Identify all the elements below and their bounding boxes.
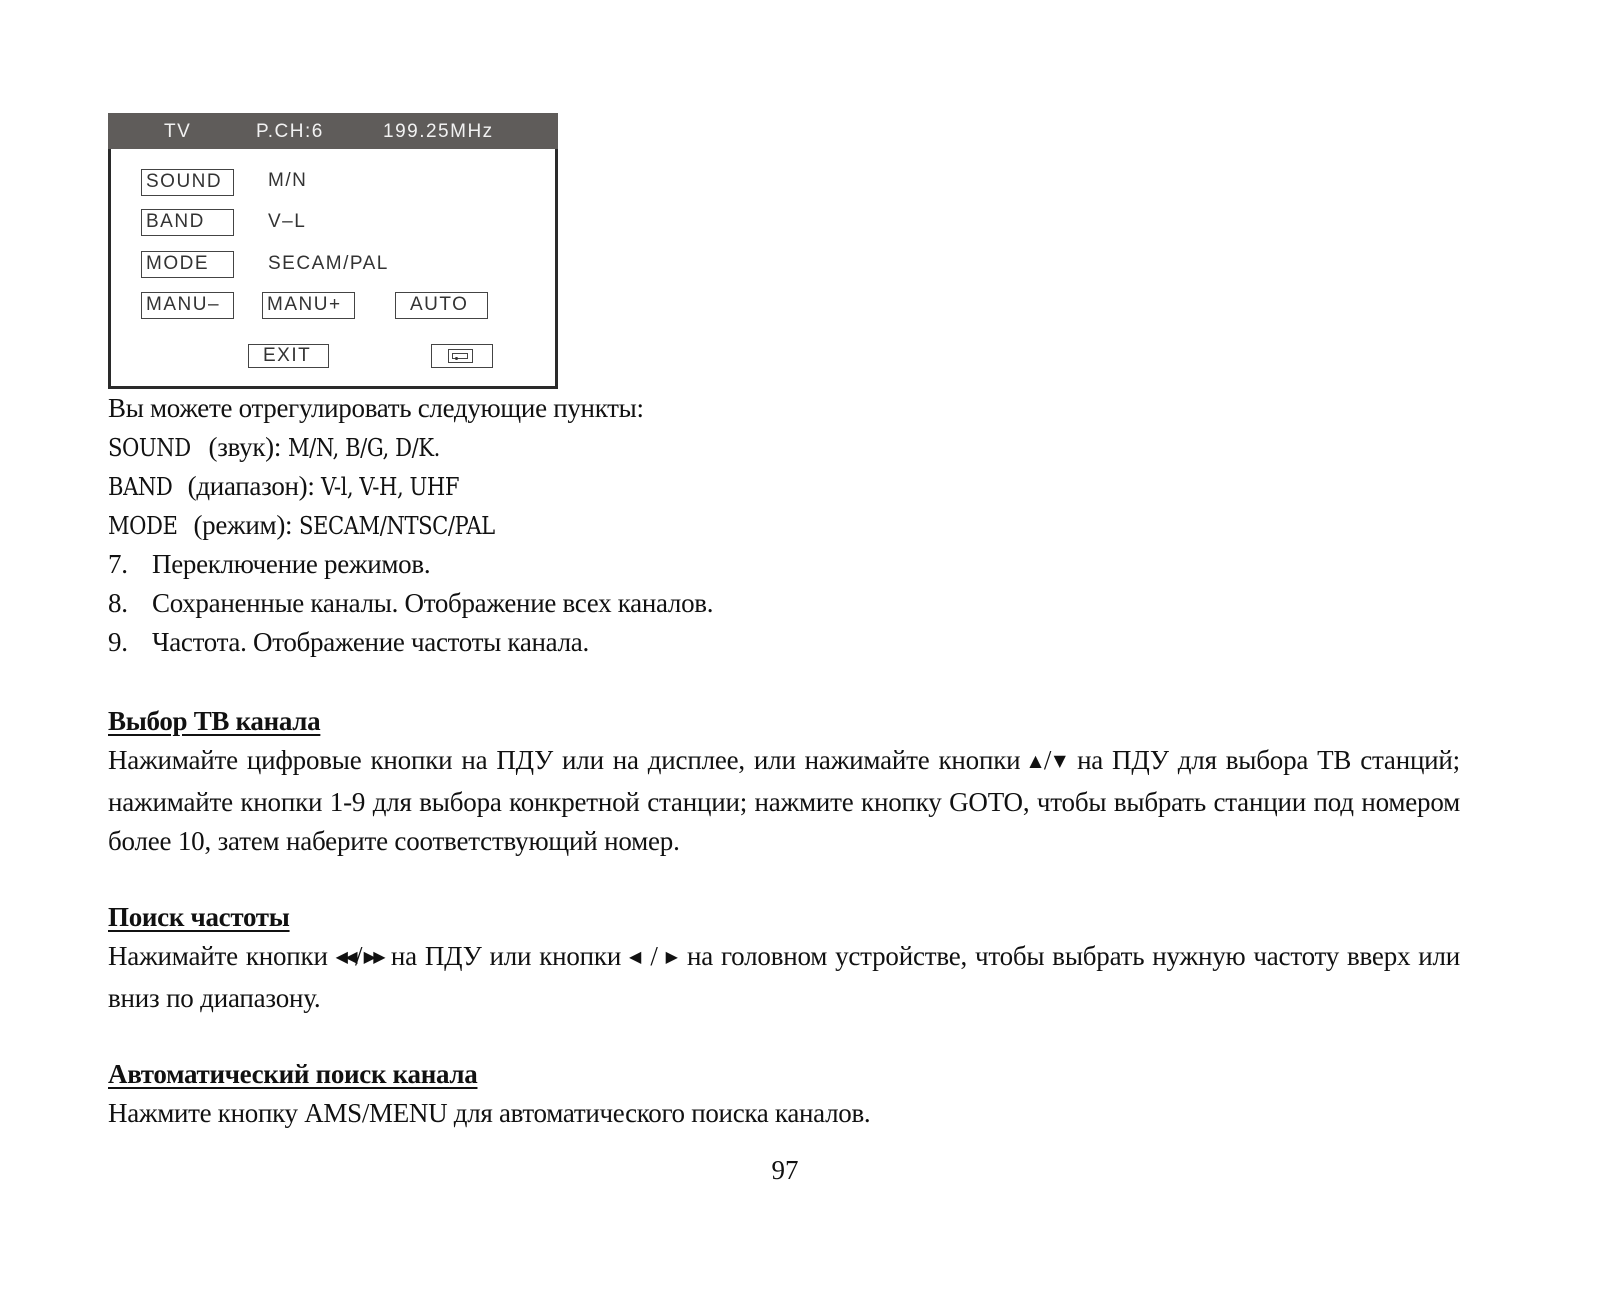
osd-source: TV xyxy=(164,121,191,143)
osd-frequency: 199.25MHz xyxy=(383,121,494,143)
page-number: 97 xyxy=(0,1155,1570,1186)
intro-text: Вы можете отрегулировать следующие пункт… xyxy=(108,389,644,428)
mode-button[interactable]: MODE xyxy=(141,251,234,278)
list-item: 9.Частота. Отображение частоты канала. xyxy=(108,623,589,662)
auto-button[interactable]: AUTO xyxy=(395,292,488,319)
list-item: 8.Сохраненные каналы. Отображение всех к… xyxy=(108,584,713,623)
osd-header: TV P.CH:6 199.25MHz xyxy=(108,113,558,149)
sound-button[interactable]: SOUND xyxy=(141,169,234,196)
mode-value: SECAM/PAL xyxy=(268,253,389,275)
manu-plus-button[interactable]: MANU+ xyxy=(262,292,355,319)
enter-icon xyxy=(448,349,473,363)
manu-minus-button[interactable]: MANU– xyxy=(141,292,234,319)
exit-button[interactable]: EXIT xyxy=(248,344,329,368)
heading-auto-search: Автоматический поиск канала xyxy=(108,1055,477,1094)
para-auto-search: Нажмите кнопку AMS/MENU для автоматическ… xyxy=(108,1094,870,1133)
list-item: 7.Переключение режимов. xyxy=(108,545,430,584)
para-tv-channel: Нажимайте цифровые кнопки на ПДУ или на … xyxy=(108,741,1460,861)
rewind-icon: ◀◀ xyxy=(336,947,355,966)
sound-value: M/N xyxy=(268,170,307,192)
setting-band: BAND (диапазон): V-l, V-H, UHF xyxy=(108,467,478,507)
para-freq-search: Нажимайте кнопки ◀◀/▶▶ на ПДУ или кнопки… xyxy=(108,937,1460,1018)
heading-tv-channel: Выбор ТВ канала xyxy=(108,702,320,741)
band-value: V–L xyxy=(268,211,306,233)
enter-button[interactable] xyxy=(431,344,493,368)
band-button[interactable]: BAND xyxy=(141,209,234,236)
osd-channel: P.CH:6 xyxy=(256,121,324,143)
up-arrow-icon: ▲ xyxy=(1029,751,1044,770)
setting-sound: SOUND (звук): M/N, B/G, D/K. xyxy=(108,428,460,468)
fast-forward-icon: ▶▶ xyxy=(362,947,383,966)
heading-freq-search: Поиск частоты xyxy=(108,898,290,937)
setting-mode: MODE (режим): SECAM/NTSC/PAL xyxy=(108,506,521,546)
right-arrow-icon: ▶ xyxy=(666,947,679,966)
down-arrow-icon: ▼ xyxy=(1051,751,1068,770)
left-arrow-icon: ◀ xyxy=(629,947,642,966)
tv-osd-screen: TV P.CH:6 199.25MHz SOUND M/N BAND V–L M… xyxy=(108,113,558,389)
